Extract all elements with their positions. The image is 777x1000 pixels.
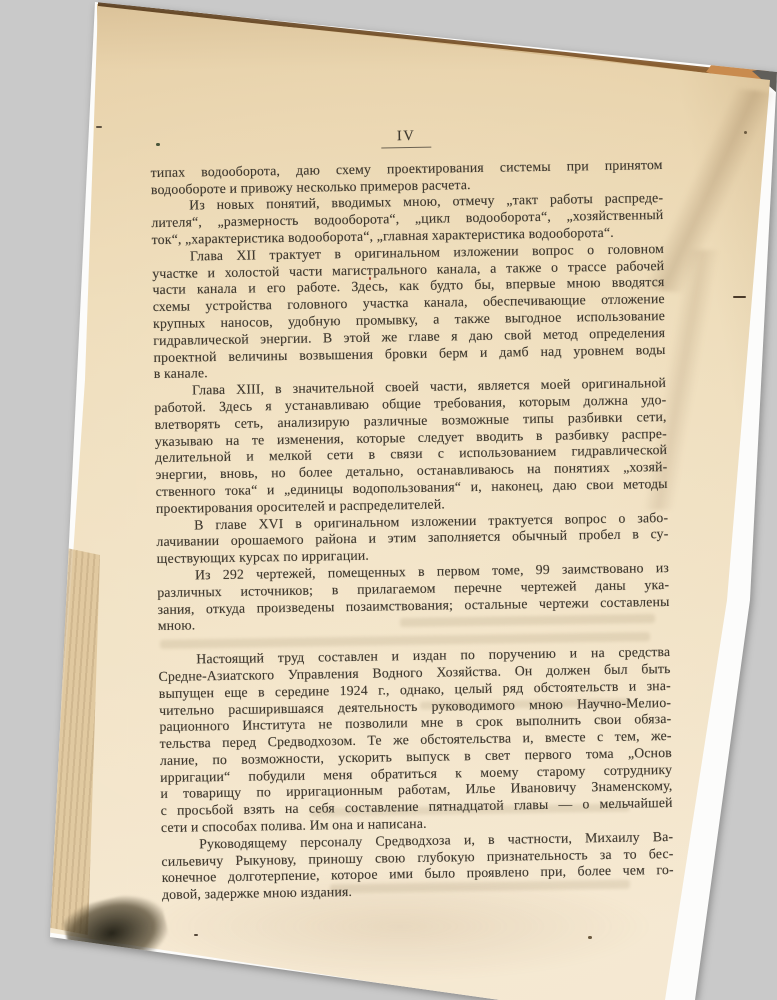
paragraph: Глава XII трактует в оригинальном изложе… xyxy=(152,241,666,383)
paper-speck xyxy=(194,934,198,936)
paragraphs-container: типах водооборота, даю схему проектирова… xyxy=(151,157,675,904)
page-text-block: IV типах водооборота, даю схему проектир… xyxy=(150,124,674,904)
paragraph: Из новых понятий, вводимых мною, отмечу … xyxy=(151,190,664,248)
paper-speck xyxy=(96,126,102,128)
paragraph: Из 292 чертежей, помещенных в первом том… xyxy=(157,560,670,635)
paragraph: Настоящий труд составлен и издан по пору… xyxy=(158,644,673,837)
page-number-underline xyxy=(381,146,431,148)
paper-speck xyxy=(733,296,746,298)
paragraph: Руководящему персоналу Средводхоза и, в … xyxy=(161,829,674,904)
paragraph: В главе XVI в оригинальном изложении тра… xyxy=(156,510,669,568)
paper-speck xyxy=(588,936,592,939)
photo-sheet: IV типах водооборота, даю схему проектир… xyxy=(0,0,777,1000)
paper-speck xyxy=(744,131,747,134)
scan-background: IV типах водооборота, даю схему проектир… xyxy=(0,0,777,1000)
paragraph: Глава XIII, в значительной своей части, … xyxy=(154,375,668,517)
photo-wrapper: IV типах водооборота, даю схему проектир… xyxy=(0,0,777,1000)
page-number-label: IV xyxy=(397,128,416,144)
